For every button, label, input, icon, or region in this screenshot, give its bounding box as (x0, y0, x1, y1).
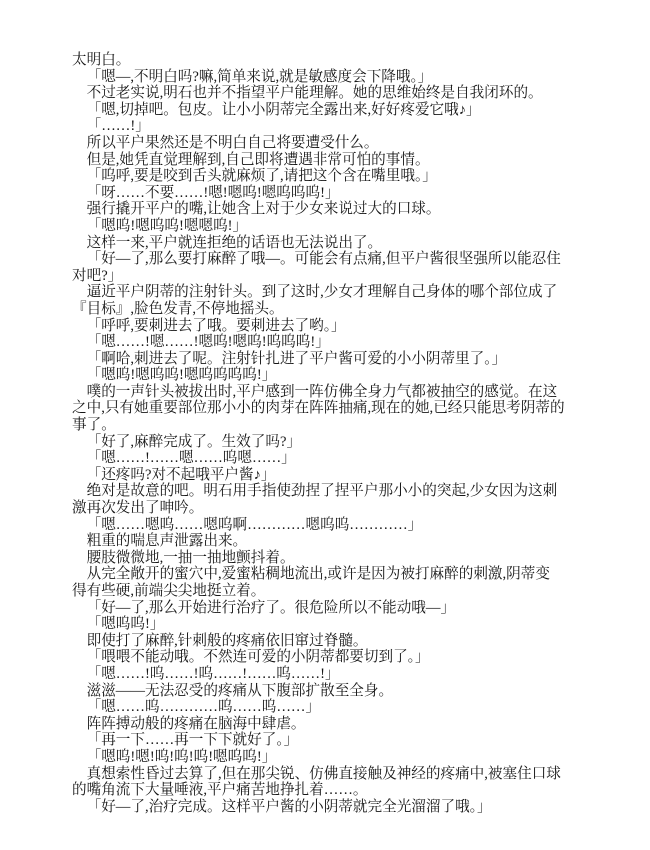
text-line: 「再一下……再一下下就好了。」 (72, 732, 617, 749)
text-line: 「呀……不要……!嗯!嗯呜!嗯呜呜呜!」 (72, 185, 617, 202)
document-page: 太明白。「嗯—,不明白吗?嘛,简单来说,就是敏感度会下降哦。」不过老实说,明石也… (0, 0, 650, 850)
text-line: 「嗯……!呜……!呜……!……呜……!」 (72, 666, 617, 683)
text-line: 「啊哈,刺进去了呢。注射针扎进了平户酱可爱的小小阴蒂里了。」 (72, 351, 617, 368)
text-line: 逼近平户阴蒂的注射针头。到了这时,少女才理解自己身体的哪个部位成了 (72, 284, 617, 301)
text-line: 从完全敞开的蜜穴中,爱蜜粘稠地流出,或许是因为被打麻醉的刺激,阴蒂变 (72, 566, 617, 583)
text-line: 「喂喂不能动哦。不然连可爱的小阴蒂都要切到了。」 (72, 649, 617, 666)
text-line: 「呼呼,要刺进去了哦。要刺进去了哟。」 (72, 318, 617, 335)
text-line: 「嗯呜!嗯呜呜!嗯呜呜呜呜!」 (72, 367, 617, 384)
text-line: 粗重的喘息声泄露出来。 (72, 533, 617, 550)
text-line: 太明白。 (72, 52, 617, 69)
text-line: 的嘴角流下大量唾液,平户痛苦地挣扎着……。 (72, 782, 617, 799)
text-line: 阵阵搏动般的疼痛在脑海中肆虐。 (72, 716, 617, 733)
text-line: 「嗯,切掉吧。包皮。让小小阴蒂完全露出来,好好疼爱它哦♪」 (72, 102, 617, 119)
text-line: 「嗯呜!嗯!呜!呜!呜!嗯呜呜!」 (72, 749, 617, 766)
text-line: 对吧?」 (72, 268, 617, 285)
text-line: 「还疼吗?对不起哦平户酱♪」 (72, 467, 617, 484)
text-line: 「好—了,治疗完成。这样平户酱的小阴蒂就完全光溜溜了哦。」 (72, 799, 617, 816)
text-line: 「嗯……呜…………呜……呜……」 (72, 699, 617, 716)
text-line: 但是,她凭直觉理解到,自己即将遭遇非常可怕的事情。 (72, 152, 617, 169)
text-line: 「嗯—,不明白吗?嘛,简单来说,就是敏感度会下降哦。」 (72, 69, 617, 86)
text-line: 「嗯呜!嗯呜呜!嗯嗯呜!」 (72, 218, 617, 235)
text-line: 「好—了,那么开始进行治疗了。很危险所以不能动哦—」 (72, 600, 617, 617)
text-line: 「嗯……!……嗯……呜嗯……」 (72, 450, 617, 467)
text-line: 不过老实说,明石也并不指望平户能理解。她的思维始终是自我闭环的。 (72, 85, 617, 102)
text-line: 「……!」 (72, 118, 617, 135)
text-line: 事了。 (72, 417, 617, 434)
text-block: 太明白。「嗯—,不明白吗?嘛,简单来说,就是敏感度会下降哦。」不过老实说,明石也… (72, 52, 617, 815)
text-line: 「呜呼,要是咬到舌头就麻烦了,请把这个含在嘴里哦。」 (72, 168, 617, 185)
text-line: 「嗯……嗯呜……嗯呜啊…………嗯呜呜…………」 (72, 517, 617, 534)
text-line: 真想索性昏过去算了,但在那尖锐、仿佛直接触及神经的疼痛中,被塞住口球 (72, 766, 617, 783)
text-line: 激再次发出了呻吟。 (72, 500, 617, 517)
text-line: 「嗯呜呜!」 (72, 616, 617, 633)
text-line: 之中,只有她重要部位那小小的肉芽在阵阵抽痛,现在的她,已经只能思考阴蒂的 (72, 400, 617, 417)
text-line: 「嗯……!嗯……!嗯呜!嗯呜!呜呜呜!」 (72, 334, 617, 351)
text-line: 『目标』,脸色发青,不停地摇头。 (72, 301, 617, 318)
text-line: 噗的一声针头被拔出时,平户感到一阵仿佛全身力气都被抽空的感觉。在这 (72, 384, 617, 401)
text-line: 这样一来,平户就连拒绝的话语也无法说出了。 (72, 235, 617, 252)
text-line: 所以平户果然还是不明白自己将要遭受什么。 (72, 135, 617, 152)
text-line: 即使打了麻醉,针刺般的疼痛依旧窜过脊髓。 (72, 633, 617, 650)
text-line: 得有些硬,前端尖尖地挺立着。 (72, 583, 617, 600)
text-line: 「好—了,那么要打麻醉了哦—。可能会有点痛,但平户酱很坚强所以能忍住 (72, 251, 617, 268)
text-line: 绝对是故意的吧。明石用手指使劲捏了捏平户那小小的突起,少女因为这刺 (72, 483, 617, 500)
text-line: 腰肢微微地,一抽一抽地颤抖着。 (72, 550, 617, 567)
text-line: 滋滋——无法忍受的疼痛从下腹部扩散至全身。 (72, 683, 617, 700)
text-line: 「好了,麻醉完成了。生效了吗?」 (72, 434, 617, 451)
text-line: 强行撬开平户的嘴,让她含上对于少女来说过大的口球。 (72, 201, 617, 218)
